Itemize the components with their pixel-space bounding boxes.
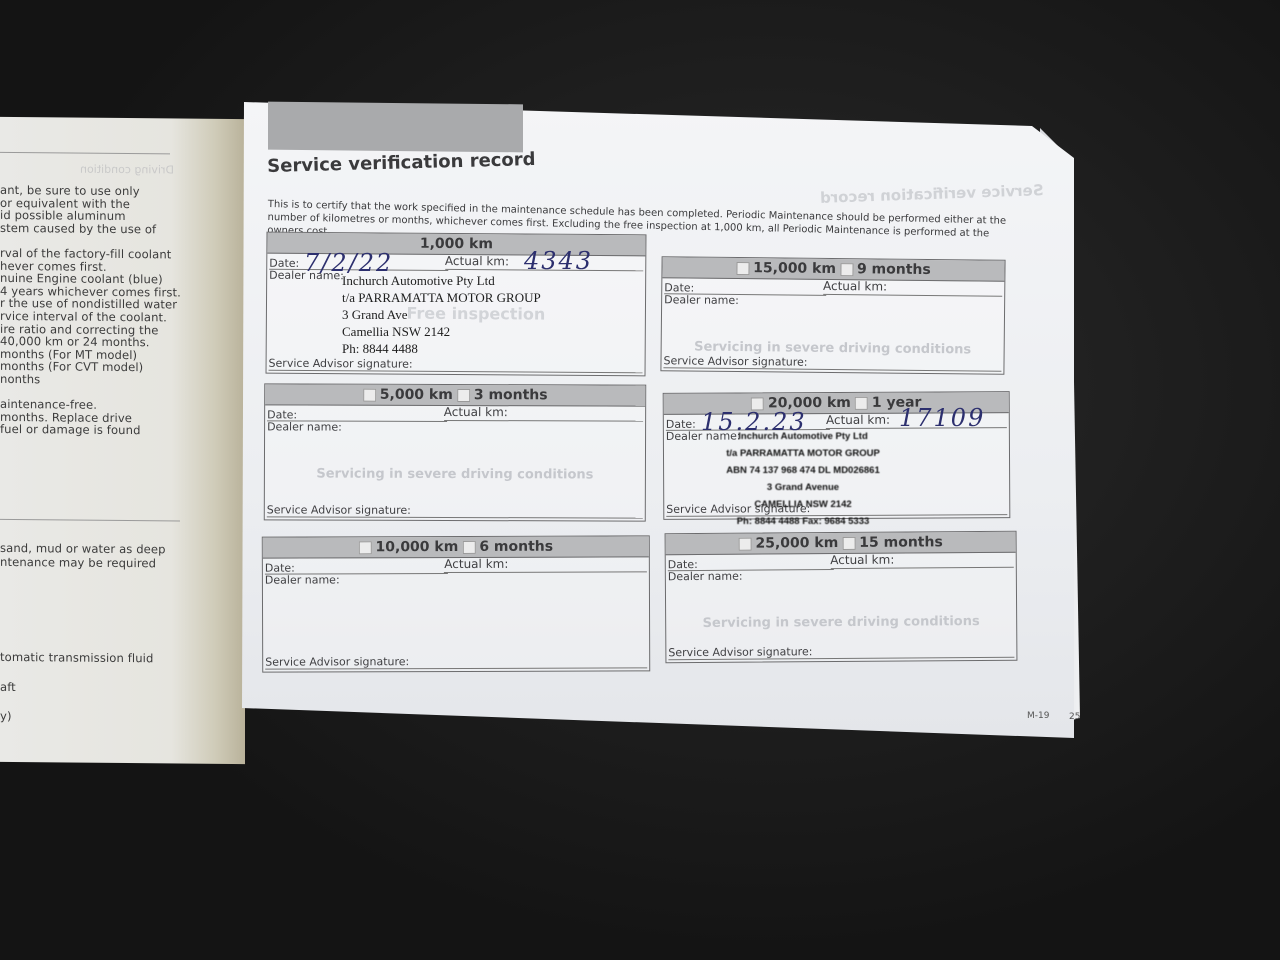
left-page-line: fuel or damage is found bbox=[0, 422, 141, 437]
stamp-line: Ph: 8844 4488 bbox=[342, 340, 541, 357]
dealer-name-label: Dealer name: bbox=[668, 570, 743, 584]
record-km: 15,000 km bbox=[753, 260, 836, 277]
left-page: Driving condition ant, be sure to use on… bbox=[0, 117, 245, 764]
signature-field[interactable] bbox=[269, 370, 643, 374]
severe-conditions-watermark: Servicing in severe driving conditions bbox=[265, 466, 645, 482]
left-page-ghost-heading: Driving condition bbox=[80, 163, 174, 177]
record-header: 5,000 km3 months bbox=[265, 384, 645, 406]
stamp-line: 3 Grand Ave bbox=[342, 306, 541, 323]
record-km: 25,000 km bbox=[755, 535, 838, 552]
record-header: 25,000 km15 months bbox=[666, 532, 1016, 555]
actual-km-field[interactable] bbox=[823, 294, 1002, 297]
stamp-line: t/a PARRAMATTA MOTOR GROUP bbox=[342, 289, 541, 306]
divider bbox=[0, 519, 180, 522]
months-checkbox[interactable] bbox=[840, 263, 853, 276]
signature-label: Service Advisor signature: bbox=[265, 655, 409, 669]
actual-km-label: Actual km: bbox=[444, 405, 508, 419]
divider bbox=[0, 152, 170, 154]
signature-label: Service Advisor signature: bbox=[668, 645, 812, 659]
stamp-line: ABN 74 137 968 474 DL MD026861 bbox=[723, 462, 883, 479]
left-page-line: nonths bbox=[0, 372, 40, 386]
stamp-line: Camellia NSW 2142 bbox=[342, 323, 541, 340]
record-months: 6 months bbox=[479, 539, 553, 555]
record-km: 1,000 km bbox=[420, 236, 493, 253]
signature-field[interactable] bbox=[663, 367, 1001, 372]
dealer-name-label: Dealer name: bbox=[265, 573, 340, 586]
left-page-line: aft bbox=[0, 680, 16, 694]
stamp-line: t/a PARRAMATTA MOTOR GROUP bbox=[723, 445, 883, 462]
dealer-stamp: Inchurch Automotive Pty Ltdt/a PARRAMATT… bbox=[723, 428, 883, 547]
service-record-5000km: 5,000 km3 months Date: Actual km: Dealer… bbox=[264, 383, 646, 521]
months-checkbox[interactable] bbox=[462, 540, 475, 553]
record-header: 10,000 km6 months bbox=[263, 536, 649, 558]
record-months: 15 months bbox=[859, 534, 943, 551]
record-km: 5,000 km bbox=[380, 387, 453, 403]
signature-field[interactable] bbox=[265, 667, 647, 669]
section-tab-block bbox=[268, 102, 523, 153]
record-months: 9 months bbox=[857, 261, 931, 278]
signature-label: Service Advisor signature: bbox=[269, 357, 413, 371]
actual-km-label: Actual km: bbox=[826, 413, 890, 427]
left-page-line: tomatic transmission fluid bbox=[0, 650, 153, 665]
signature-label: Service Advisor signature: bbox=[267, 503, 411, 517]
dealer-name-label: Dealer name: bbox=[267, 420, 342, 433]
service-record-10000km: 10,000 km6 months Date: Actual km: Deale… bbox=[262, 535, 650, 672]
page-number: 25 bbox=[1069, 712, 1080, 722]
months-checkbox[interactable] bbox=[842, 536, 855, 549]
left-page-line: ntenance may be required bbox=[0, 554, 156, 569]
stamp-line: Ph: 8844 4488 Fax: 9684 5333 bbox=[723, 513, 883, 530]
km-checkbox[interactable] bbox=[738, 537, 751, 550]
actual-km-field[interactable] bbox=[444, 420, 643, 422]
actual-km-label: Actual km: bbox=[823, 279, 887, 294]
signature-field[interactable] bbox=[267, 516, 643, 518]
service-record-25000km: 25,000 km15 months Date: Actual km: Deal… bbox=[665, 531, 1018, 663]
km-checkbox[interactable] bbox=[736, 261, 749, 274]
stamp-line: Inchurch Automotive Pty Ltd bbox=[342, 272, 541, 289]
months-checkbox[interactable] bbox=[855, 396, 868, 409]
dealer-stamp: Inchurch Automotive Pty Ltdt/a PARRAMATT… bbox=[342, 272, 541, 357]
left-page-line: y) bbox=[0, 709, 12, 723]
stamp-line: Inchurch Automotive Pty Ltd bbox=[723, 428, 883, 445]
record-km: 10,000 km bbox=[375, 539, 458, 555]
actual-km-field[interactable] bbox=[830, 567, 1014, 569]
stamp-line: 3 Grand Avenue bbox=[723, 479, 883, 496]
actual-km-label: Actual km: bbox=[830, 553, 894, 567]
handwritten-km: 4343 bbox=[524, 247, 593, 275]
actual-km-label: Actual km: bbox=[444, 557, 508, 571]
km-checkbox[interactable] bbox=[363, 388, 376, 401]
left-page-line: stem caused by the use of bbox=[0, 221, 156, 236]
page-code: M-19 bbox=[1027, 711, 1049, 721]
severe-conditions-watermark: Servicing in severe driving conditions bbox=[666, 614, 1016, 631]
months-checkbox[interactable] bbox=[457, 389, 470, 402]
actual-km-field[interactable] bbox=[444, 571, 647, 573]
record-months: 3 months bbox=[474, 387, 548, 403]
stamp-line: CAMELLIA NSW 2142 bbox=[723, 496, 883, 513]
km-checkbox[interactable] bbox=[358, 541, 371, 554]
service-record-15000km: 15,000 km9 months Date: Actual km: Deale… bbox=[660, 256, 1005, 375]
handwritten-km: 17109 bbox=[899, 404, 985, 432]
actual-km-label: Actual km: bbox=[445, 254, 509, 268]
dealer-name-label: Dealer name: bbox=[664, 293, 739, 307]
